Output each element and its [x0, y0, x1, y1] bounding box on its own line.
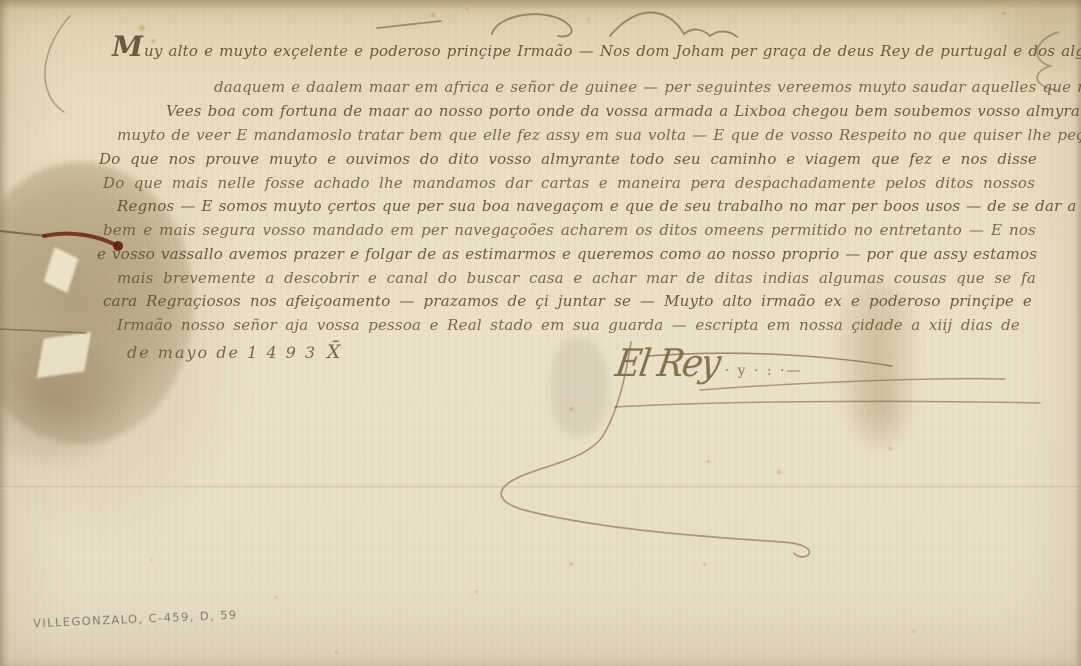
top-loop-flourish [492, 14, 572, 36]
royal-signature: El Rey· y · : ·— [616, 344, 803, 384]
left-edge-line-upper [0, 231, 46, 236]
manuscript-line: Muy alto e muyto exçelente e poderoso pr… [112, 36, 1037, 58]
manuscript-line: daaquem e daalem maar em africa e señor … [214, 77, 1036, 99]
manuscript-line: muyto de veer E mandamoslo tratar bem qu… [117, 125, 1037, 147]
manuscript-line: bem e mais segura vosso mandado em per n… [103, 220, 1036, 242]
manuscript-line: cara Regraçiosos nos afeiçoamento — praz… [103, 291, 1032, 313]
top-dash-flourish [377, 21, 441, 28]
top-arc-flourish [610, 13, 737, 38]
date-line: de mayo de 1 4 9 3X̄ [127, 341, 341, 363]
manuscript-line: Irmaão nosso señor aja vossa pessoa e Re… [117, 315, 1020, 337]
signature-stroke-lower [615, 401, 1040, 407]
manuscript-line: Do que nos prouve muyto e ouvimos do dit… [99, 149, 1037, 171]
signature-text: El Rey [613, 342, 723, 385]
date-flourish: X̄ [327, 341, 341, 363]
manuscript-line: Vees boa com fortuna de maar ao nosso po… [166, 101, 1036, 123]
left-edge-line-lower [0, 329, 86, 333]
manuscript-line: mais brevemente a descobrir e canal do b… [117, 268, 1036, 290]
date-text: de mayo de 1 4 9 3 [127, 343, 317, 362]
manuscript-line: Do que mais nelle fosse achado lhe manda… [103, 173, 1035, 195]
signature-dots: · y · : ·— [725, 363, 803, 379]
manuscript-photo: Muy alto e muyto exçelente e poderoso pr… [0, 0, 1081, 666]
margin-c-curve [45, 16, 70, 112]
manuscript-line: e vosso vassallo avemos prazer e folgar … [97, 244, 1036, 266]
manuscript-line: Regnos — E somos muyto çertos que per su… [117, 196, 1036, 218]
